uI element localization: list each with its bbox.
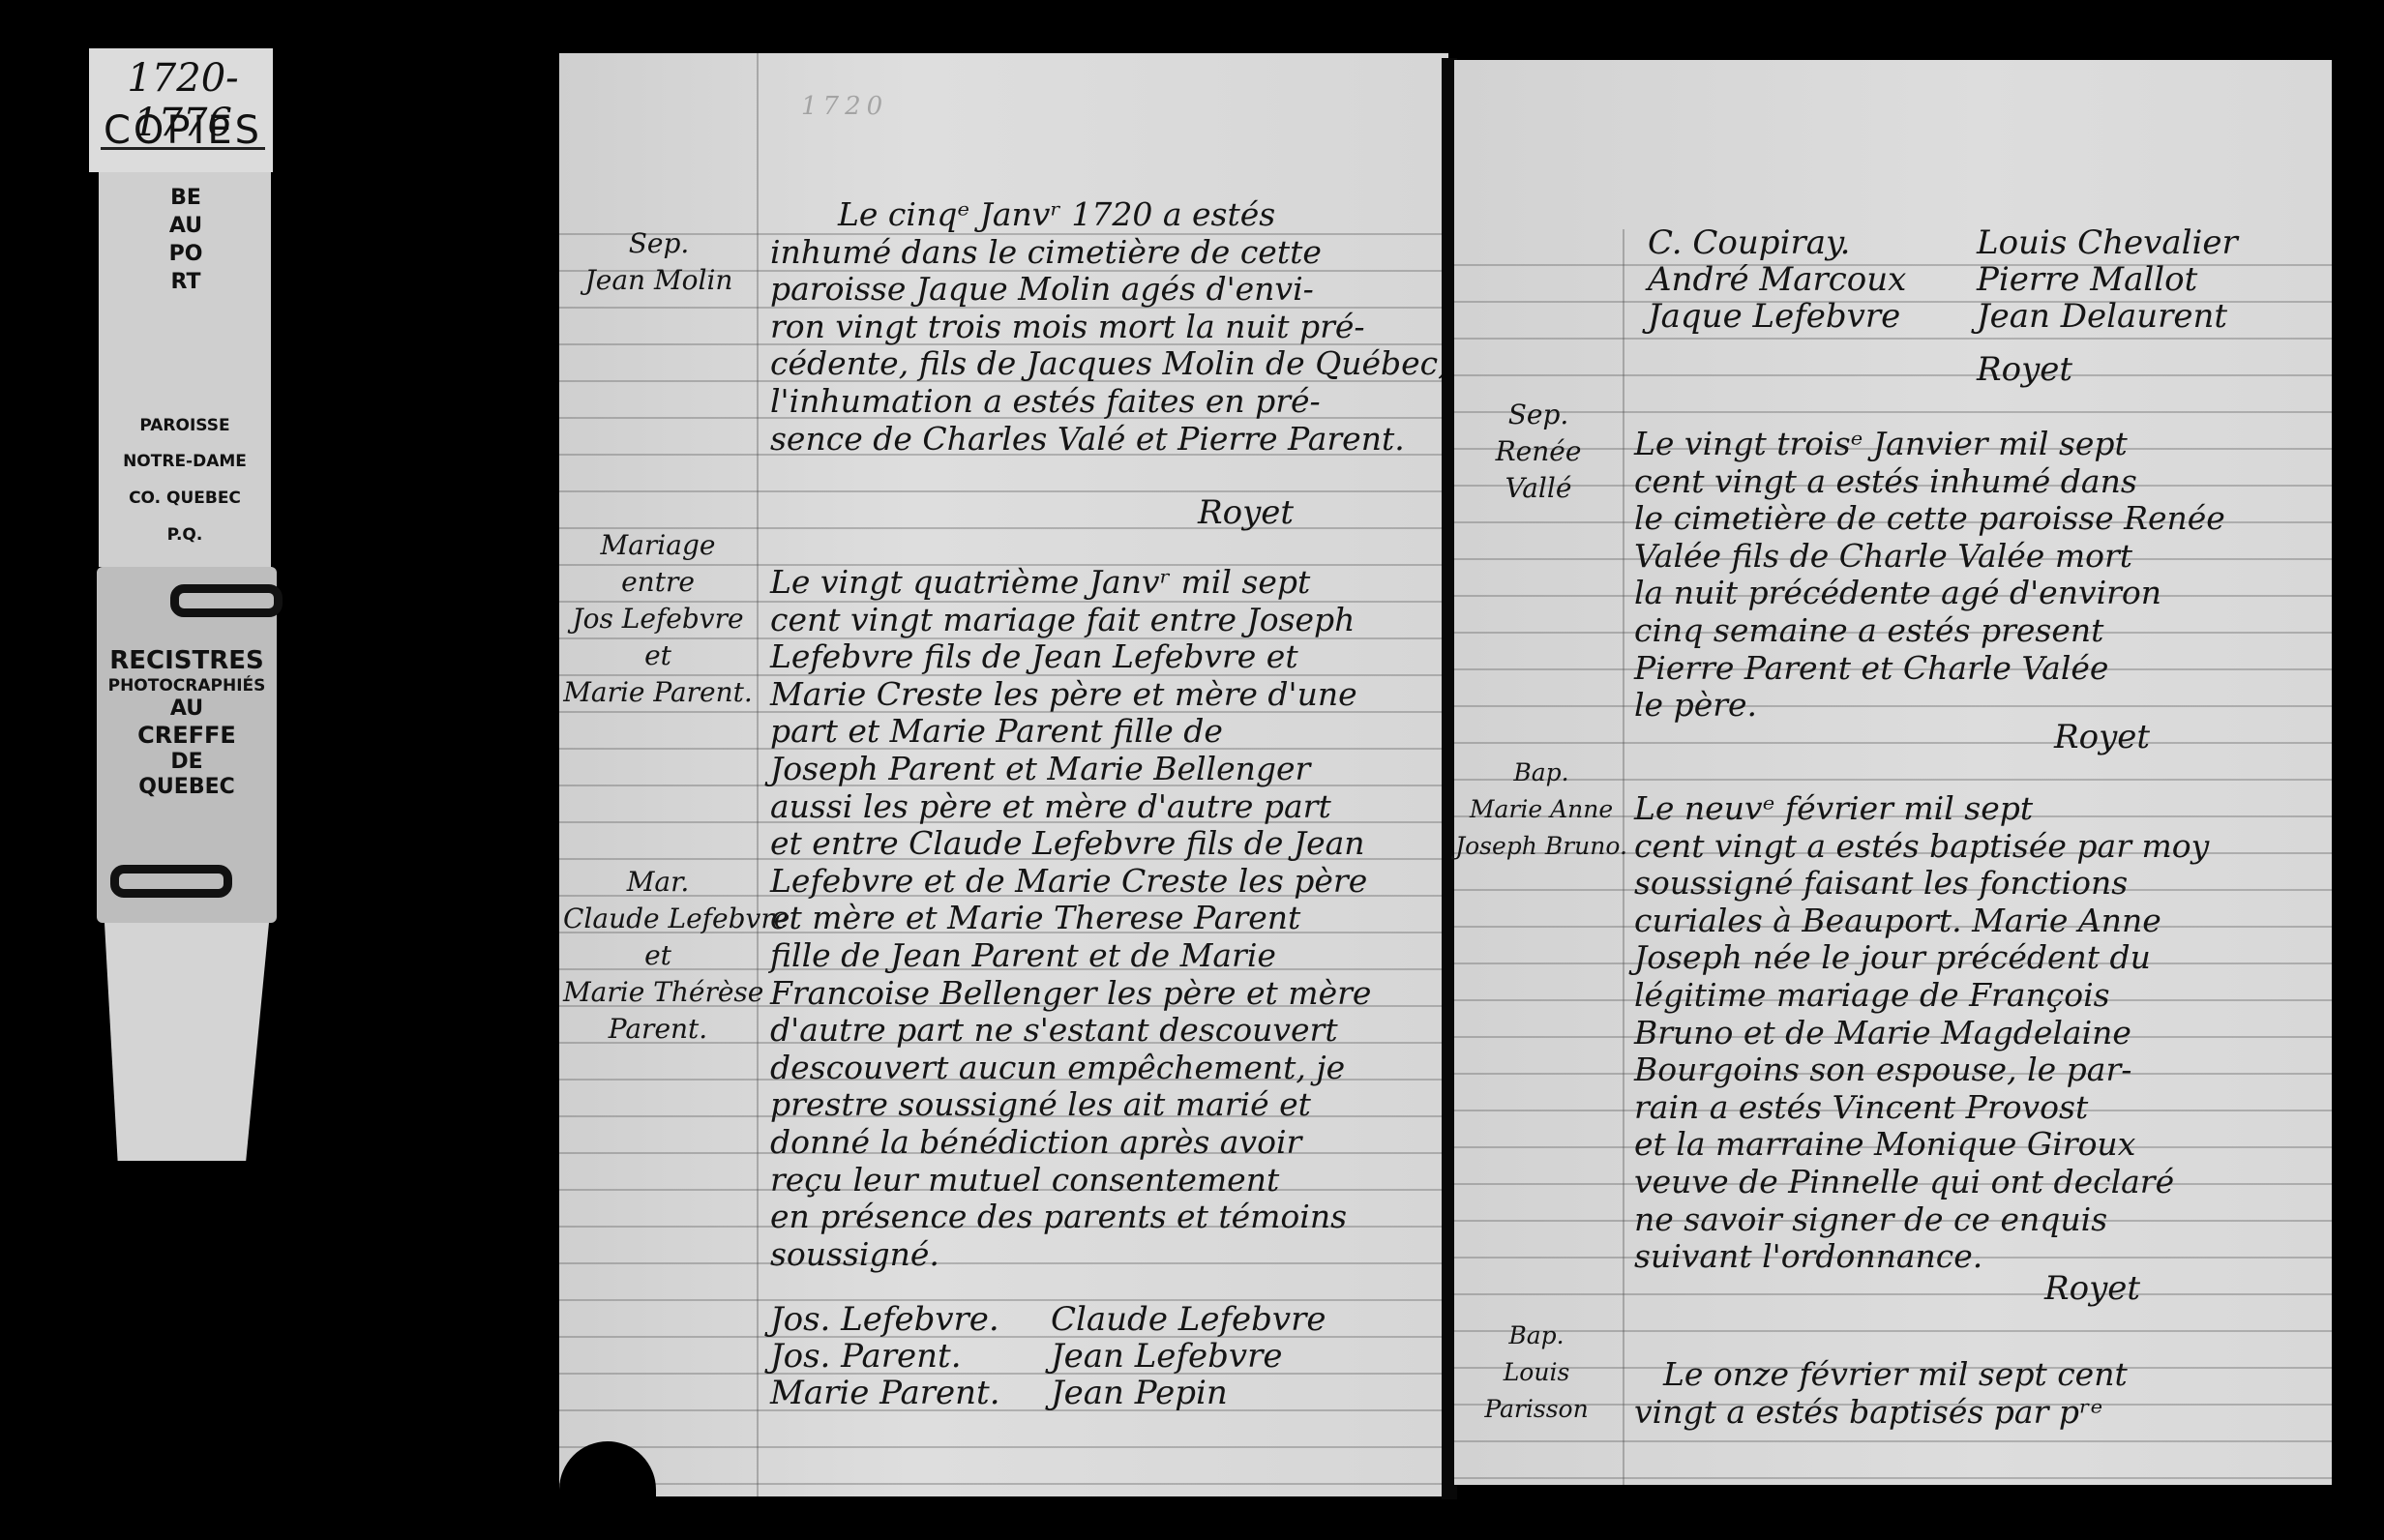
entry-burial-renee-vallee: Le vingt troisᵉ Janvier mil sept cent vi… (1634, 426, 2225, 725)
margin-note-line: Marie Parent. (563, 674, 753, 711)
priest-signature: Royet (1198, 493, 1294, 532)
entry-line: descouvert aucun empêchement, je (770, 1050, 1371, 1087)
margin-note-marriage: Mariage entre Jos Lefebvre et Marie Pare… (563, 527, 753, 711)
margin-note-burial: Sep. Jean Molin (567, 225, 751, 299)
signature: Claude Lefebvre (1051, 1300, 1326, 1339)
signature: Jean Pepin (1051, 1374, 1228, 1412)
margin-note-baptism-bruno: Bap. Marie Anne Joseph Bruno. (1454, 755, 1628, 865)
stamp-line: RECISTRES (101, 646, 273, 676)
left-register-page: 1720 Sep. Jean Molin Le cinqᵉ Janvʳ 1720… (559, 53, 1448, 1496)
entry-line: Lefebvre fils de Jean Lefebvre et (770, 638, 1371, 676)
entry-line: cent vingt a estés inhumé dans (1634, 463, 2225, 501)
entry-line: prestre soussigné les ait marié et (770, 1086, 1371, 1124)
margin-note-line: et (563, 637, 753, 674)
entry-line: l'inhumation a estés faites en pré- (770, 383, 1448, 421)
margin-note-line: Mar. (563, 864, 753, 901)
tab-registry-stamp: RECISTRES PHOTOCRAPHIÉS AU CREFFE DE QUE… (101, 646, 273, 801)
entry-line: inhumé dans le cimetière de cette (770, 234, 1448, 272)
entry-line: cent vingt a estés baptisée par moy (1634, 828, 2209, 866)
entry-line: paroisse Jaque Molin agés d'envi- (770, 271, 1448, 309)
margin-note-line: et (563, 937, 753, 974)
margin-note-burial-vallee: Sep. Renée Vallé (1456, 397, 1621, 507)
entry-line: et la marraine Monique Giroux (1634, 1126, 2209, 1164)
entry-line: cédente, fils de Jacques Molin de Québec… (770, 345, 1448, 383)
priest-signature: Royet (1977, 350, 2072, 389)
signature: Pierre Mallot (1977, 260, 2197, 299)
entry-line: Le cinqᵉ Janvʳ 1720 a estés (770, 196, 1448, 234)
signature-row: Jaque LefebvreJean Delaurent (1648, 298, 2238, 335)
signature: Jaque Lefebvre (1648, 298, 1977, 335)
entry-line: veuve de Pinnelle qui ont declaré (1634, 1164, 2209, 1201)
page-margin-line (757, 53, 759, 1496)
signature-row: Marie Parent.Jean Pepin (770, 1375, 1326, 1411)
margin-note-line: Claude Lefebvre (563, 901, 753, 937)
entry-line: reçu leur mutuel consentement (770, 1162, 1371, 1199)
tab-county: CO. QUEBEC (99, 489, 271, 508)
stamp-line: CREFFE (101, 722, 273, 750)
entry-line: légitime mariage de François (1634, 977, 2209, 1015)
signature: André Marcoux (1648, 261, 1977, 298)
signature-row: André MarcouxPierre Mallot (1648, 261, 2238, 298)
margin-note-line: Louis (1454, 1354, 1619, 1391)
entry-line: soussigné. (770, 1236, 1371, 1274)
entry-baptism-marie-anne-joseph-bruno: Le neuvᵉ février mil sept cent vingt a e… (1634, 790, 2209, 1276)
entry-line: aussi les père et mère d'autre part (770, 788, 1371, 826)
signature: Marie Parent. (770, 1375, 1051, 1411)
witness-signatures-continued: C. Coupiray.Louis Chevalier André Marcou… (1648, 224, 2238, 335)
paper-clip-bottom-icon (110, 865, 232, 898)
entry-line: donné la bénédiction après avoir (770, 1124, 1371, 1162)
entry-line: curiales à Beauport. Marie Anne (1634, 903, 2209, 940)
right-register-page: C. Coupiray.Louis Chevalier André Marcou… (1454, 60, 2332, 1485)
priest-signature: Royet (2044, 1269, 2140, 1308)
entry-line: Le vingt quatrième Janvʳ mil sept (770, 564, 1371, 602)
entry-line: Marie Creste les père et mère d'une (770, 676, 1371, 714)
stamp-line: PHOTOCRAPHIÉS (101, 676, 273, 696)
margin-note-line: Sep. (567, 225, 751, 262)
archive-label-tail (104, 923, 269, 1161)
margin-note-line: Sep. (1456, 397, 1621, 433)
entry-burial-jaque-molin: Le cinqᵉ Janvʳ 1720 a estés inhumé dans … (770, 196, 1448, 458)
margin-note-line: Parent. (563, 1011, 753, 1048)
signature: C. Coupiray. (1648, 224, 1977, 261)
stamp-line: AU (101, 696, 273, 722)
entry-line: sence de Charles Valé et Pierre Parent. (770, 421, 1448, 459)
entry-line: Pierre Parent et Charle Valée (1634, 650, 2225, 688)
entry-line: vingt a estés baptisés par pʳᵉ (1634, 1394, 2128, 1432)
entry-baptism-louis-parisson: Le onze février mil sept cent vingt a es… (1634, 1356, 2128, 1431)
margin-note-line: Marie Thérèse (563, 974, 753, 1011)
entry-line: cent vingt mariage fait entre Joseph (770, 602, 1371, 639)
paper-clip-top-icon (170, 584, 283, 617)
margin-note-line: Vallé (1456, 470, 1621, 507)
entry-line: d'autre part ne s'estant descouvert (770, 1012, 1371, 1050)
signature: Jean Lefebvre (1051, 1337, 1282, 1376)
signature: Louis Chevalier (1977, 223, 2238, 262)
margin-note-line: entre (563, 564, 753, 601)
entry-line: Le neuvᵉ février mil sept (1634, 790, 2209, 828)
ghost-page-heading: 1720 (801, 92, 888, 121)
margin-note-line: Parisson (1454, 1391, 1619, 1428)
margin-note-baptism-louis: Bap. Louis Parisson (1454, 1318, 1619, 1428)
tab-province: P.Q. (99, 525, 271, 545)
entry-marriage-lefebvre-parent: Le vingt quatrième Janvʳ mil sept cent v… (770, 564, 1371, 1273)
margin-note-line: Jean Molin (567, 262, 751, 299)
margin-note-line: Marie Anne (1454, 791, 1628, 828)
entry-line: en présence des parents et témoins (770, 1199, 1371, 1236)
entry-line: fille de Jean Parent et de Marie (770, 937, 1371, 975)
entry-line: la nuit précédente agé d'environ (1634, 575, 2225, 612)
signature: Jos. Parent. (770, 1338, 1051, 1375)
entry-line: cinq semaine a estés present (1634, 612, 2225, 650)
priest-signature: Royet (2054, 718, 2150, 756)
margin-note-line: Mariage (563, 527, 753, 564)
margin-note-marriage-2: Mar. Claude Lefebvre et Marie Thérèse Pa… (563, 864, 753, 1048)
entry-line: Valée fils de Charle Valée mort (1634, 538, 2225, 576)
signature-row: Jos. Lefebvre.Claude Lefebvre (770, 1301, 1326, 1338)
entry-line: Bruno et de Marie Magdelaine (1634, 1015, 2209, 1052)
entry-line: Bourgoins son espouse, le par- (1634, 1051, 2209, 1089)
signature-row: Jos. Parent.Jean Lefebvre (770, 1338, 1326, 1375)
entry-line: part et Marie Parent fille de (770, 713, 1371, 751)
stamp-line: QUEBEC (101, 775, 273, 800)
tab-parish-name: BEAUPORT (166, 184, 205, 296)
entry-line: rain a estés Vincent Provost (1634, 1089, 2209, 1127)
entry-line: et mère et Marie Therese Parent (770, 900, 1371, 937)
entry-line: Joseph Parent et Marie Bellenger (770, 751, 1371, 788)
entry-line: le cimetière de cette paroisse Renée (1634, 500, 2225, 538)
entry-line: ne savoir signer de ce enquis (1634, 1201, 2209, 1239)
entry-line: et entre Claude Lefebvre fils de Jean (770, 825, 1371, 863)
margin-note-line: Bap. (1454, 755, 1628, 791)
entry-line: Joseph née le jour précédent du (1634, 939, 2209, 977)
stamp-line: DE (101, 750, 273, 775)
entry-line: Lefebvre et de Marie Creste les père (770, 863, 1371, 901)
signature: Jean Delaurent (1977, 297, 2227, 336)
tab-paroisse: PAROISSE (99, 416, 271, 435)
tab-notre-dame: NOTRE-DAME (99, 452, 271, 471)
entry-line: Le vingt troisᵉ Janvier mil sept (1634, 426, 2225, 463)
entry-line: ron vingt trois mois mort la nuit pré- (770, 309, 1448, 346)
margin-note-line: Jos Lefebvre (563, 601, 753, 637)
signature: Jos. Lefebvre. (770, 1301, 1051, 1338)
margin-note-line: Renée (1456, 433, 1621, 470)
entry-line: Le onze février mil sept cent (1634, 1356, 2128, 1394)
entry-line: soussigné faisant les fonctions (1634, 865, 2209, 903)
margin-note-line: Joseph Bruno. (1454, 828, 1628, 865)
signature-row: C. Coupiray.Louis Chevalier (1648, 224, 2238, 261)
margin-note-line: Bap. (1454, 1318, 1619, 1354)
tab-copies-label: COPIES (101, 108, 265, 153)
entry-line: Francoise Bellenger les père et mère (770, 975, 1371, 1013)
witness-signatures: Jos. Lefebvre.Claude Lefebvre Jos. Paren… (770, 1301, 1326, 1411)
